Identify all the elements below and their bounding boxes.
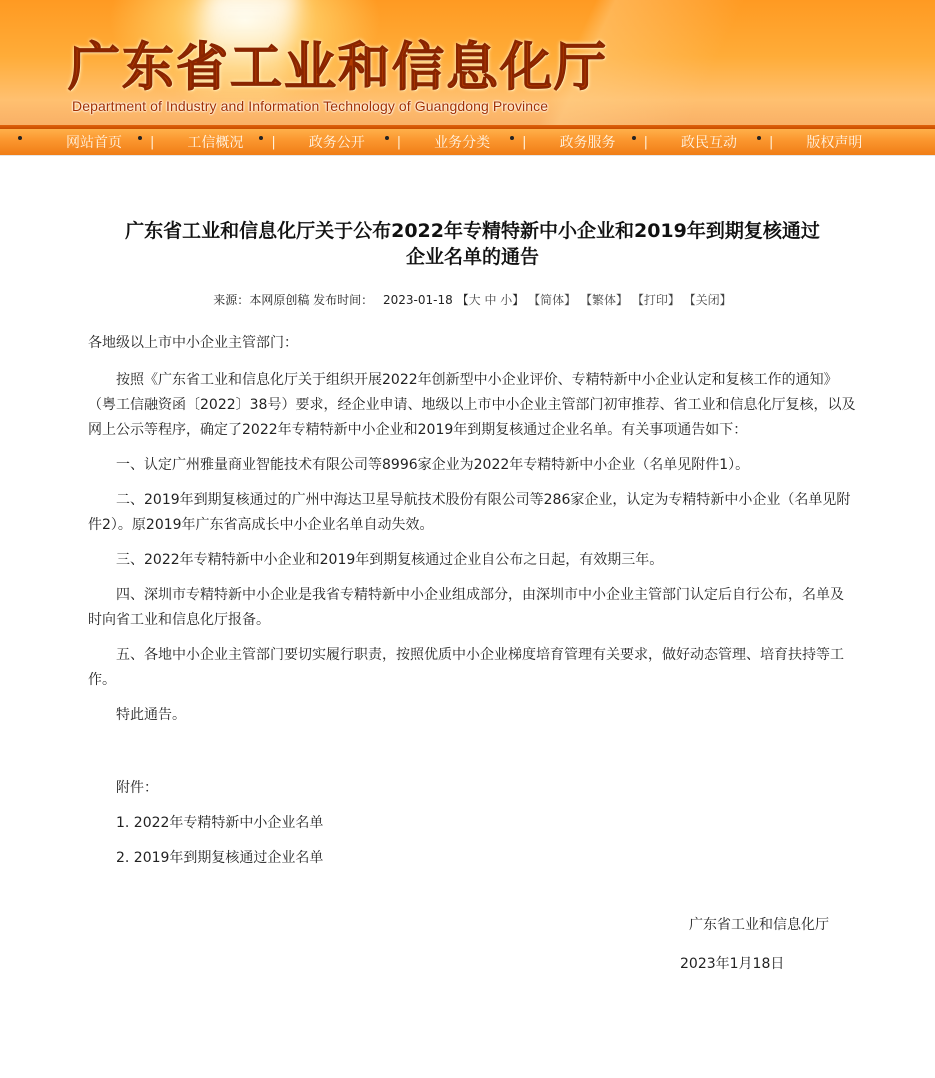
- paragraph-item-2: 二、2019年到期复核通过的广州中海达卫星导航技术股份有限公司等286家企业，认…: [88, 488, 857, 538]
- nav-item-home[interactable]: 网站首页: [66, 132, 122, 152]
- paragraph-item-4: 四、深圳市专精特新中小企业是我省专精特新中小企业组成部分，由深圳市中小企业主管部…: [88, 583, 857, 633]
- attachment-link-2[interactable]: 2. 2019年到期复核通过企业名单: [116, 850, 323, 866]
- font-size-controls: 【大 中 小】: [457, 293, 529, 307]
- paragraph-item-3: 三、2022年专精特新中小企业和2019年到期复核通过企业自公布之日起，有效期三…: [88, 548, 857, 573]
- bullet-icon: [757, 136, 761, 140]
- font-large-button[interactable]: 大: [469, 293, 481, 307]
- nav-group-services: 政务服务 |: [560, 132, 648, 152]
- site-banner: 广东省工业和信息化厅 Department of Industry and In…: [0, 0, 935, 125]
- source-value: 本网原创稿: [249, 293, 309, 307]
- nav-separator: |: [769, 135, 773, 150]
- nav-group-overview: 工信概况 |: [187, 132, 275, 152]
- article: 广东省工业和信息化厅关于公布2022年专精特新中小企业和2019年到期复核通过 …: [0, 218, 935, 977]
- salutation: 各地级以上市中小企业主管部门：: [88, 331, 857, 356]
- article-title: 广东省工业和信息化厅关于公布2022年专精特新中小企业和2019年到期复核通过 …: [78, 218, 867, 270]
- nav-item-services[interactable]: 政务服务: [560, 132, 616, 152]
- nav-separator: |: [150, 135, 154, 150]
- main-nav: 网站首页 | 工信概况 | 政务公开 | 业务分类 | 政务服务 | 政民互动 …: [0, 129, 935, 156]
- article-title-line2: 企业名单的通告: [78, 244, 867, 270]
- bullet-icon: [510, 136, 514, 140]
- bullet-icon: [632, 136, 636, 140]
- nav-group-copyright: 版权声明: [806, 132, 862, 152]
- nav-separator: |: [644, 135, 648, 150]
- signature-date: 2023年1月18日: [680, 952, 857, 977]
- article-meta: 来源：本网原创稿 发布时间： 2023-01-18 【大 中 小】 【简体】 【…: [88, 292, 857, 308]
- paragraph-item-1: 一、认定广州雅量商业智能技术有限公司等8996家企业为2022年专精特新中小企业…: [88, 453, 857, 478]
- signature: 广东省工业和信息化厅: [88, 913, 857, 938]
- attachments-label: 附件：: [88, 776, 857, 801]
- nav-separator: |: [397, 135, 401, 150]
- nav-item-interaction[interactable]: 政民互动: [681, 132, 737, 152]
- article-body: 各地级以上市中小企业主管部门： 按照《广东省工业和信息化厅关于组织开展2022年…: [88, 331, 857, 977]
- font-medium-button[interactable]: 中: [484, 293, 496, 307]
- traditional-chinese-button[interactable]: 【繁体】: [580, 293, 628, 307]
- bracket-close: 】: [512, 293, 524, 307]
- published-date: 2023-01-18: [383, 293, 453, 307]
- print-button[interactable]: 【打印】: [632, 293, 680, 307]
- published-label: 发布时间：: [313, 293, 373, 307]
- attachment-link-1[interactable]: 1. 2022年专精特新中小企业名单: [116, 815, 323, 831]
- font-small-button[interactable]: 小: [500, 293, 512, 307]
- nav-separator: |: [522, 135, 526, 150]
- nav-item-copyright[interactable]: 版权声明: [806, 132, 862, 152]
- site-title-en: Department of Industry and Information T…: [72, 98, 548, 114]
- attachment-item-2: 2. 2019年到期复核通过企业名单: [88, 846, 857, 871]
- nav-item-business[interactable]: 业务分类: [434, 132, 490, 152]
- paragraph-closing: 特此通告。: [88, 703, 857, 728]
- paragraph-intro: 按照《广东省工业和信息化厅关于组织开展2022年创新型中小企业评价、专精特新中小…: [88, 368, 857, 443]
- bracket-open: 【: [457, 293, 469, 307]
- bullet-icon: [259, 136, 263, 140]
- simplified-chinese-button[interactable]: 【简体】: [528, 293, 576, 307]
- nav-group-gov-affairs: 政务公开 |: [309, 132, 401, 152]
- bullet-icon: [18, 136, 22, 140]
- nav-item-gov-affairs[interactable]: 政务公开: [309, 132, 365, 152]
- nav-group-home: 网站首页 |: [66, 132, 154, 152]
- nav-group-interaction: 政民互动 |: [681, 132, 773, 152]
- nav-separator: |: [271, 135, 275, 150]
- paragraph-item-5: 五、各地中小企业主管部门要切实履行职责，按照优质中小企业梯度培育管理有关要求，做…: [88, 643, 857, 693]
- nav-item-overview[interactable]: 工信概况: [187, 132, 243, 152]
- source-label: 来源：: [213, 293, 249, 307]
- article-title-line1: 广东省工业和信息化厅关于公布2022年专精特新中小企业和2019年到期复核通过: [78, 218, 867, 244]
- bullet-icon: [385, 136, 389, 140]
- nav-group-business: 业务分类 |: [434, 132, 526, 152]
- close-button[interactable]: 【关闭】: [684, 293, 732, 307]
- attachment-item-1: 1. 2022年专精特新中小企业名单: [88, 811, 857, 836]
- site-title-cn: 广东省工业和信息化厅: [68, 38, 608, 98]
- bullet-icon: [138, 136, 142, 140]
